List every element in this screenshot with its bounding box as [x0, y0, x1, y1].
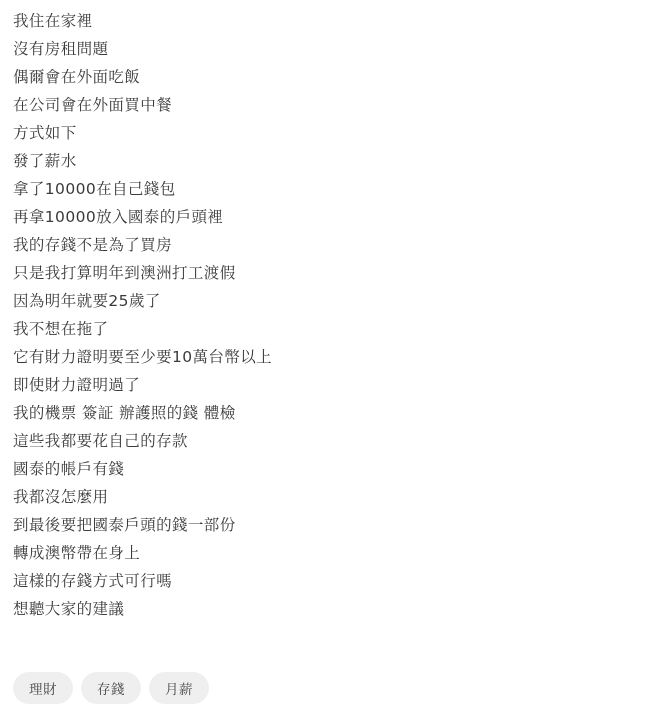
- post-line: 方式如下: [13, 119, 644, 147]
- post-line: 拿了10000在自己錢包: [13, 175, 644, 203]
- post-line: 想聽大家的建議: [13, 595, 644, 623]
- post-line: 國泰的帳戶有錢: [13, 455, 644, 483]
- post-line: 沒有房租問題: [13, 35, 644, 63]
- post-line: 它有財力證明要至少要10萬台幣以上: [13, 343, 644, 371]
- post-line: 我住在家裡: [13, 7, 644, 35]
- post-line: 發了薪水: [13, 147, 644, 175]
- post-line: 轉成澳幣帶在身上: [13, 539, 644, 567]
- post-line: 我的機票 簽証 辦護照的錢 體檢: [13, 399, 644, 427]
- post-content: 我住在家裡 沒有房租問題 偶爾會在外面吃飯 在公司會在外面買中餐 方式如下 發了…: [13, 7, 644, 623]
- post-line: 我的存錢不是為了買房: [13, 231, 644, 259]
- tag-monthly-salary[interactable]: 月薪: [149, 672, 209, 704]
- post-line: 偶爾會在外面吃飯: [13, 63, 644, 91]
- post-line: 再拿10000放入國泰的戶頭裡: [13, 203, 644, 231]
- tag-list: 理財 存錢 月薪: [13, 672, 209, 704]
- post-line: 我不想在拖了: [13, 315, 644, 343]
- post-line: 這些我都要花自己的存款: [13, 427, 644, 455]
- tag-finance[interactable]: 理財: [13, 672, 73, 704]
- post-line: 即使財力證明過了: [13, 371, 644, 399]
- post-line: 到最後要把國泰戶頭的錢一部份: [13, 511, 644, 539]
- post-line: 我都沒怎麼用: [13, 483, 644, 511]
- post-line: 只是我打算明年到澳洲打工渡假: [13, 259, 644, 287]
- post-line: 因為明年就要25歲了: [13, 287, 644, 315]
- post-line: 在公司會在外面買中餐: [13, 91, 644, 119]
- tag-saving[interactable]: 存錢: [81, 672, 141, 704]
- post: 我住在家裡 沒有房租問題 偶爾會在外面吃飯 在公司會在外面買中餐 方式如下 發了…: [0, 0, 657, 623]
- post-line: 這樣的存錢方式可行嗎: [13, 567, 644, 595]
